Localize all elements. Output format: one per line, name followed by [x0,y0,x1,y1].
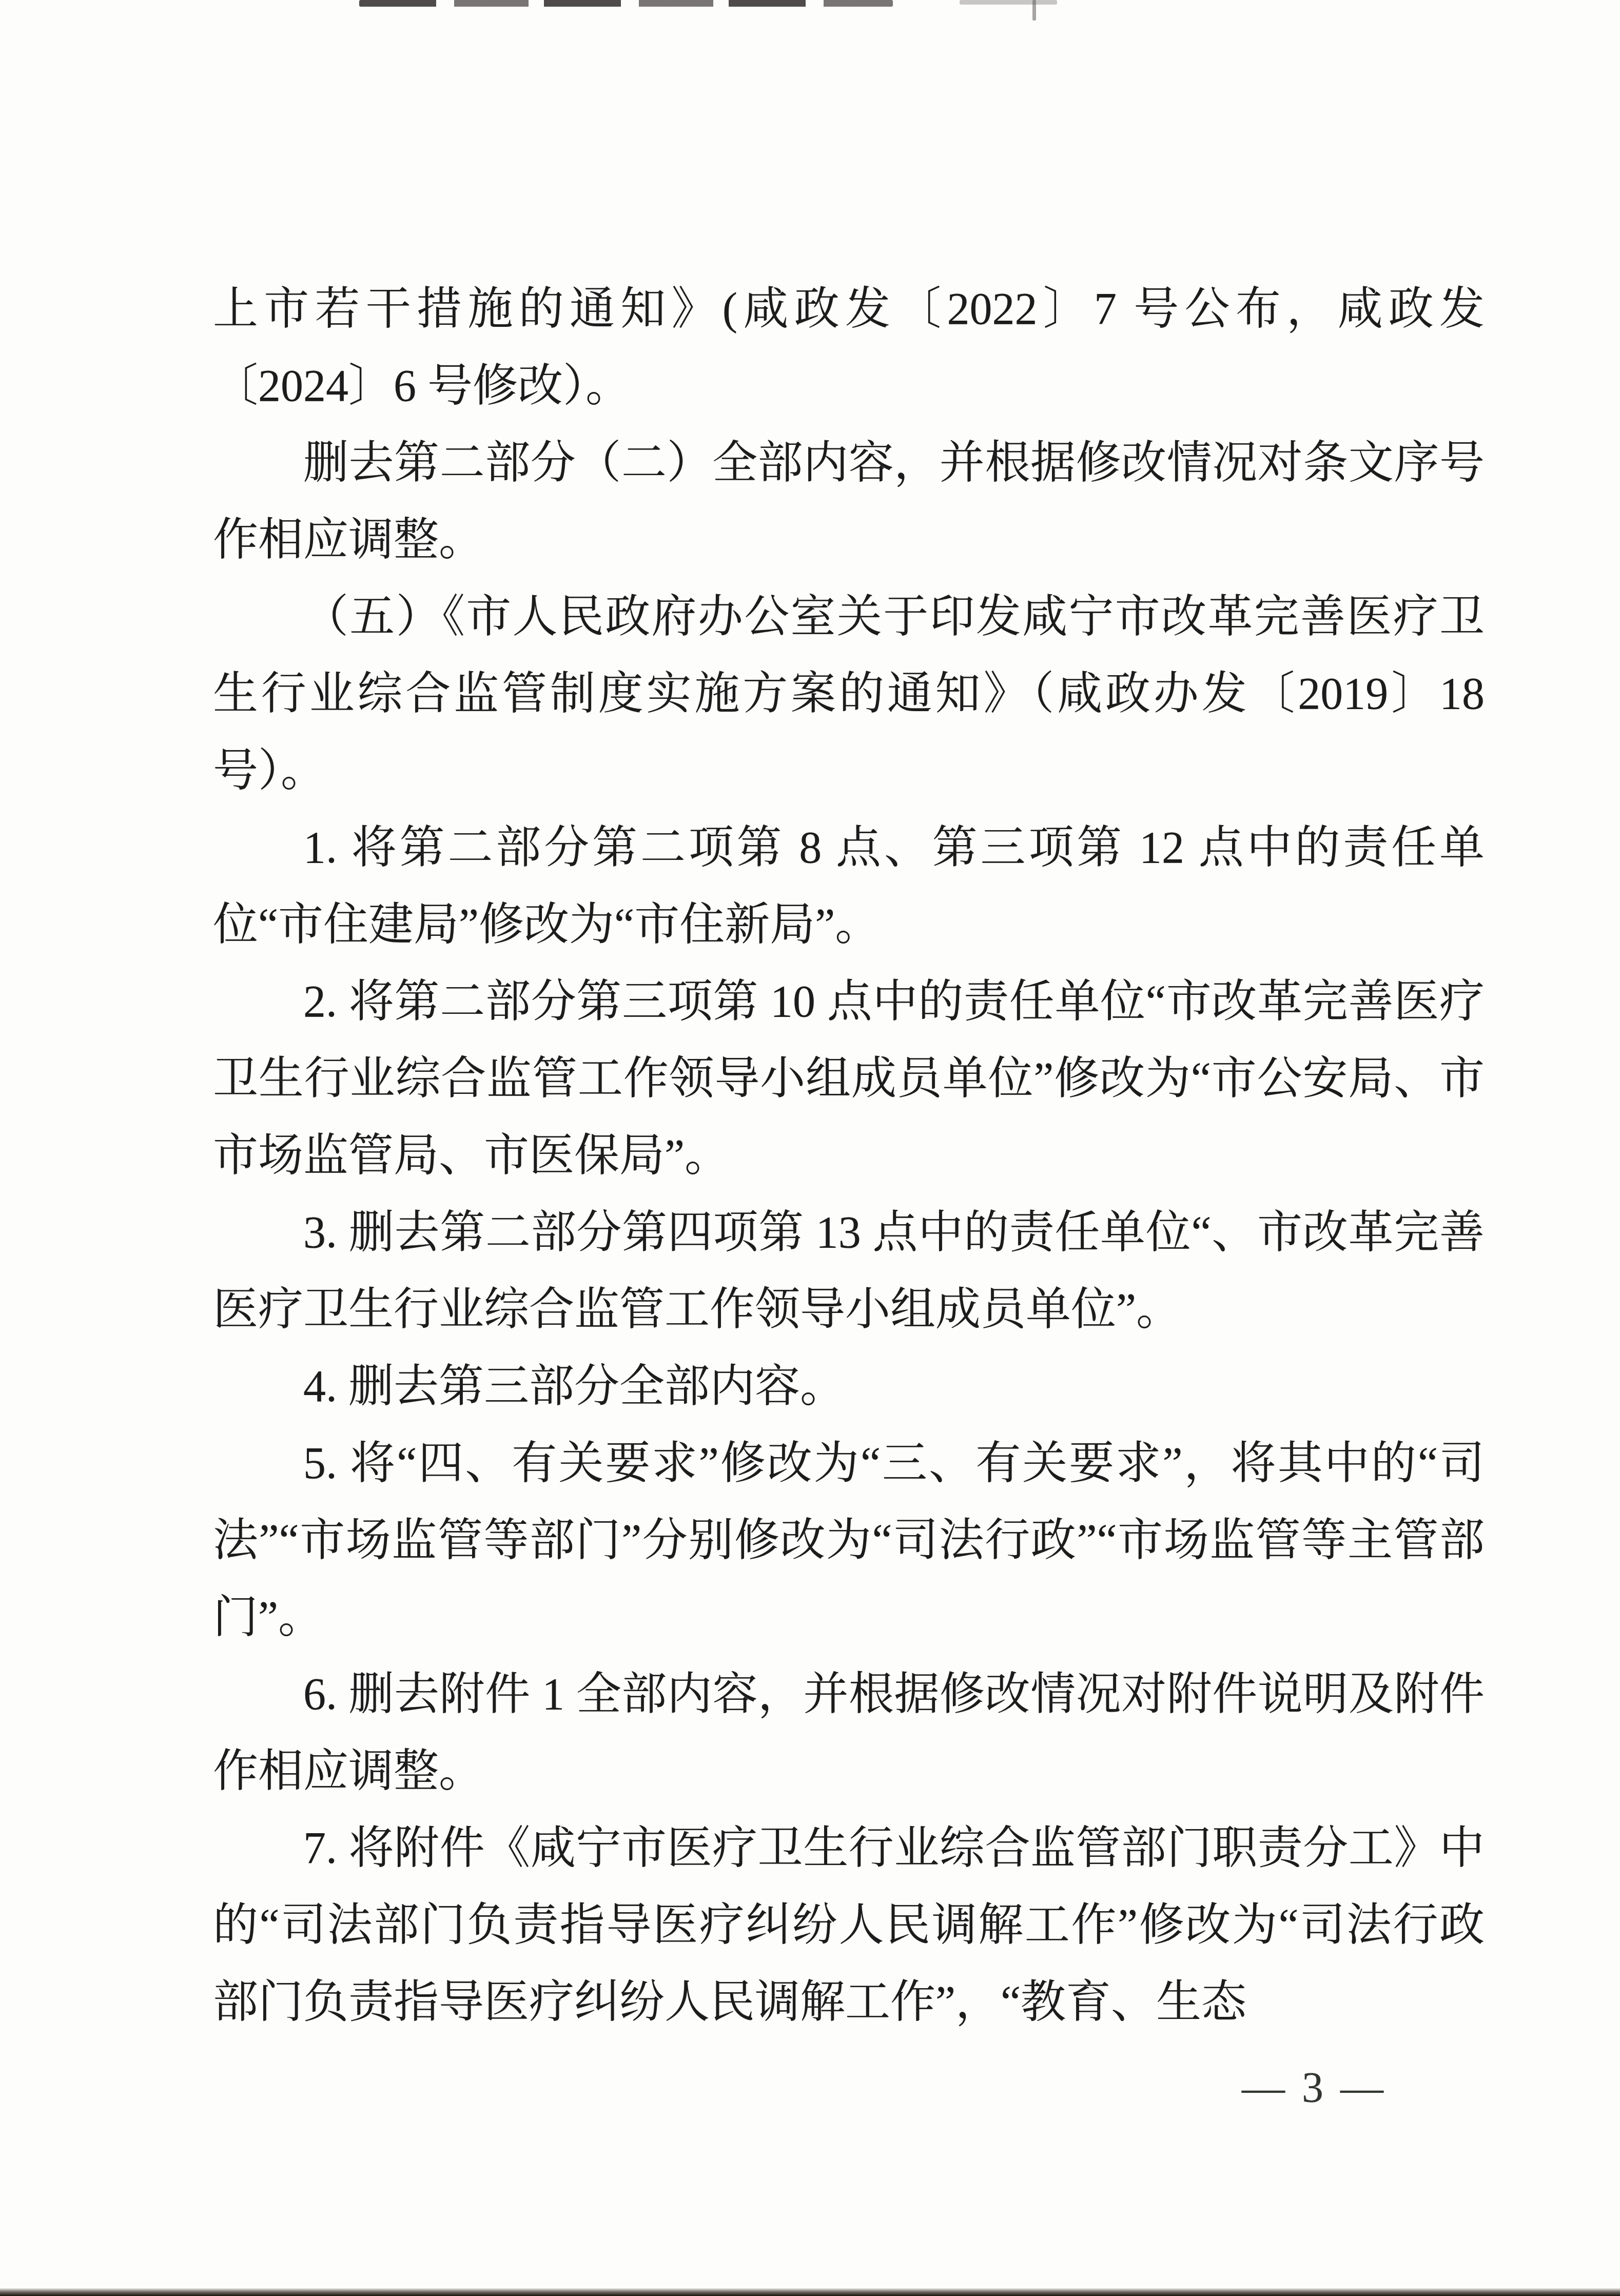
scan-edge-bottom [0,2288,1620,2296]
document-page: 上市若干措施的通知》(咸政发〔2022〕7 号公布，咸政发〔2024〕6 号修改… [0,0,1620,2296]
paragraph-item-5-notice: （五）《市人民政府办公室关于印发咸宁市改革完善医疗卫生行业综合监管制度实施方案的… [213,579,1485,810]
scan-artifact-top-strip [359,0,893,7]
paragraph-delete-part2-item2: 删去第二部分（二）全部内容，并根据修改情况对条文序号作相应调整。 [213,425,1485,579]
page-number: — 3 — [1242,2052,1387,2124]
paragraph-amendment-5: 5. 将“四、有关要求”修改为“三、有关要求”，将其中的“司法”“市场监管等部门… [213,1425,1485,1656]
paragraph-amendment-2: 2. 将第二部分第三项第 10 点中的责任单位“市改革完善医疗卫生行业综合监管工… [213,964,1485,1194]
scan-artifact-smudge [960,0,1057,5]
document-body-text: 上市若干措施的通知》(咸政发〔2022〕7 号公布，咸政发〔2024〕6 号修改… [213,271,1485,2041]
paragraph-amendment-6: 6. 删去附件 1 全部内容，并根据修改情况对附件说明及附件作相应调整。 [213,1656,1485,1810]
paragraph-amendment-4: 4. 删去第三部分全部内容。 [213,1348,1485,1425]
paragraph-continuation: 上市若干措施的通知》(咸政发〔2022〕7 号公布，咸政发〔2024〕6 号修改… [213,271,1485,425]
paragraph-amendment-3: 3. 删去第二部分第四项第 13 点中的责任单位“、市改革完善医疗卫生行业综合监… [213,1194,1485,1348]
paragraph-amendment-1: 1. 将第二部分第二项第 8 点、第三项第 12 点中的责任单位“市住建局”修改… [213,810,1485,964]
scan-artifact-vertical-tick [1032,0,1036,21]
paragraph-amendment-7: 7. 将附件《咸宁市医疗卫生行业综合监管部门职责分工》中的“司法部门负责指导医疗… [213,1810,1485,2041]
